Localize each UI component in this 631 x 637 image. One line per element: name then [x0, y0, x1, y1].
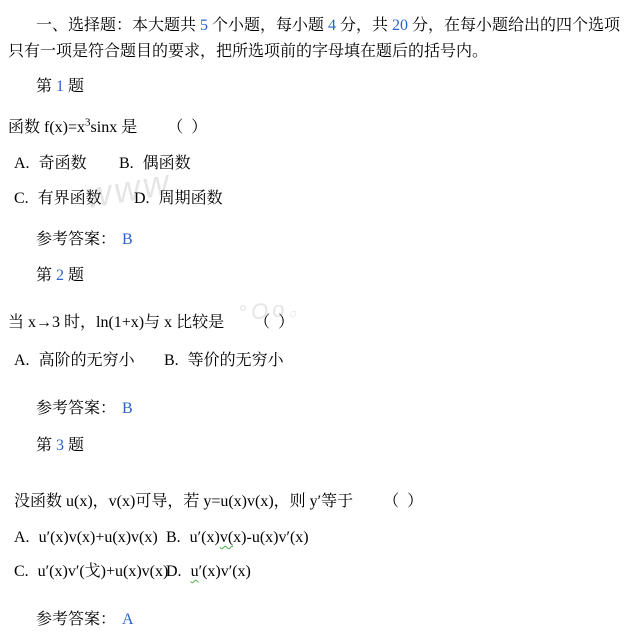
answer-label: 参考答案： [36, 400, 116, 417]
option-text: u′(x)v(x)+u(x)v(x) [39, 529, 158, 546]
question-2-stem: 当 x→3 时，ln(1+x)与 x 比较是（ ） [8, 313, 296, 333]
option-text: u′(x)v′(戈)+u(x)v(x) [38, 563, 169, 580]
stem-text: 没函数 u(x)，v(x)可导，若 y=u(x)v(x)，则 y′等于 [14, 493, 353, 510]
answer-parentheses: （ ） [167, 118, 209, 138]
option-d: D.u′(x)v′(x) [166, 562, 251, 582]
section-header-line1: 一、选择题：本大题共 5 个小题，每小题 4 分，共 20 分，在每小题给出的四… [36, 16, 620, 36]
title-text: 题 [64, 437, 84, 454]
option-label: B. [166, 528, 181, 548]
header-number: 4 [328, 17, 336, 34]
answer-parentheses: （ ） [254, 313, 296, 333]
option-label: C. [14, 189, 29, 209]
option-formula: x)-u(x)v′(x) [233, 529, 308, 546]
question-3-options-row1: A.u′(x)v(x)+u(x)v(x) B.u′(x)v(x)-u(x)v′(… [14, 528, 309, 548]
header-number: 20 [392, 17, 408, 34]
option-d: D.周期函数 [134, 189, 223, 209]
option-a: A.u′(x)v(x)+u(x)v(x) [14, 528, 162, 548]
option-label: D. [166, 562, 182, 582]
title-number: 1 [56, 78, 64, 95]
title-number: 3 [56, 437, 64, 454]
stem-text: 当 x→3 时，ln(1+x)与 x 比较是 [8, 314, 224, 331]
exam-document: www °Oo。 一、选择题：本大题共 5 个小题，每小题 4 分，共 20 分… [0, 0, 631, 637]
question-3-answer: 参考答案：A [36, 610, 134, 630]
question-3-options-row2: C.u′(x)v′(戈)+u(x)v(x) D.u′(x)v′(x) [14, 562, 251, 582]
question-1-options-row2: C.有界函数 D.周期函数 [14, 189, 223, 209]
stem-text: sinx 是 [91, 119, 138, 136]
question-2-options-row1: A.高阶的无穷小 B.等价的无穷小 [14, 351, 284, 371]
option-c: C.有界函数 [14, 189, 130, 209]
option-a: A.奇函数 [14, 154, 115, 174]
answer-label: 参考答案： [36, 611, 116, 628]
title-number: 2 [56, 267, 64, 284]
option-label: A. [14, 154, 30, 174]
option-b: B.偶函数 [119, 154, 191, 174]
question-1-answer: 参考答案：B [36, 230, 133, 250]
option-c: C.u′(x)v′(戈)+u(x)v(x) [14, 562, 162, 582]
option-a: A.高阶的无穷小 [14, 351, 160, 371]
answer-letter: B [122, 400, 133, 417]
option-text: 高阶的无穷小 [39, 352, 135, 369]
option-text: 偶函数 [143, 155, 191, 172]
question-1-options-row1: A.奇函数 B.偶函数 [14, 154, 191, 174]
section-header-line2: 只有一项是符合题目的要求，把所选项前的字母填在题后的括号内。 [8, 42, 488, 62]
option-label: D. [134, 189, 150, 209]
option-b: B.等价的无穷小 [164, 351, 284, 371]
header-text: 分，在每小题给出的四个选项 [408, 17, 620, 34]
answer-parentheses: （ ） [383, 492, 425, 512]
option-label: A. [14, 528, 30, 548]
option-formula: ′(x)v′(x) [199, 563, 251, 580]
question-3-stem: 没函数 u(x)，v(x)可导，若 y=u(x)v(x)，则 y′等于（ ） [14, 492, 425, 512]
answer-label: 参考答案： [36, 231, 116, 248]
spellcheck-underline: u [191, 563, 199, 580]
title-text: 第 [36, 437, 56, 454]
question-2-title: 第 2 题 [36, 266, 84, 286]
option-text: 等价的无穷小 [188, 352, 284, 369]
header-number: 5 [200, 17, 208, 34]
answer-letter: B [122, 231, 133, 248]
title-text: 题 [64, 78, 84, 95]
question-3-title: 第 3 题 [36, 436, 84, 456]
option-label: C. [14, 562, 29, 582]
title-text: 第 [36, 267, 56, 284]
option-label: A. [14, 351, 30, 371]
option-text: 有界函数 [38, 190, 102, 207]
option-text: 奇函数 [39, 155, 87, 172]
option-text: 周期函数 [159, 190, 223, 207]
spellcheck-underline: v( [220, 529, 233, 546]
title-text: 题 [64, 267, 84, 284]
question-1-title: 第 1 题 [36, 77, 84, 97]
question-2-answer: 参考答案：B [36, 399, 133, 419]
stem-text: 函数 f(x)=x [8, 119, 85, 136]
header-text: 个小题，每小题 [208, 17, 328, 34]
answer-letter: A [122, 611, 134, 628]
header-text: 分，共 [336, 17, 392, 34]
option-formula: u′(x) [190, 529, 220, 546]
header-text: 一、选择题：本大题共 [36, 17, 200, 34]
option-b: B.u′(x)v(x)-u(x)v′(x) [166, 528, 309, 548]
question-1-stem: 函数 f(x)=x3sinx 是（ ） [8, 118, 209, 138]
option-label: B. [119, 154, 134, 174]
option-label: B. [164, 351, 179, 371]
title-text: 第 [36, 78, 56, 95]
